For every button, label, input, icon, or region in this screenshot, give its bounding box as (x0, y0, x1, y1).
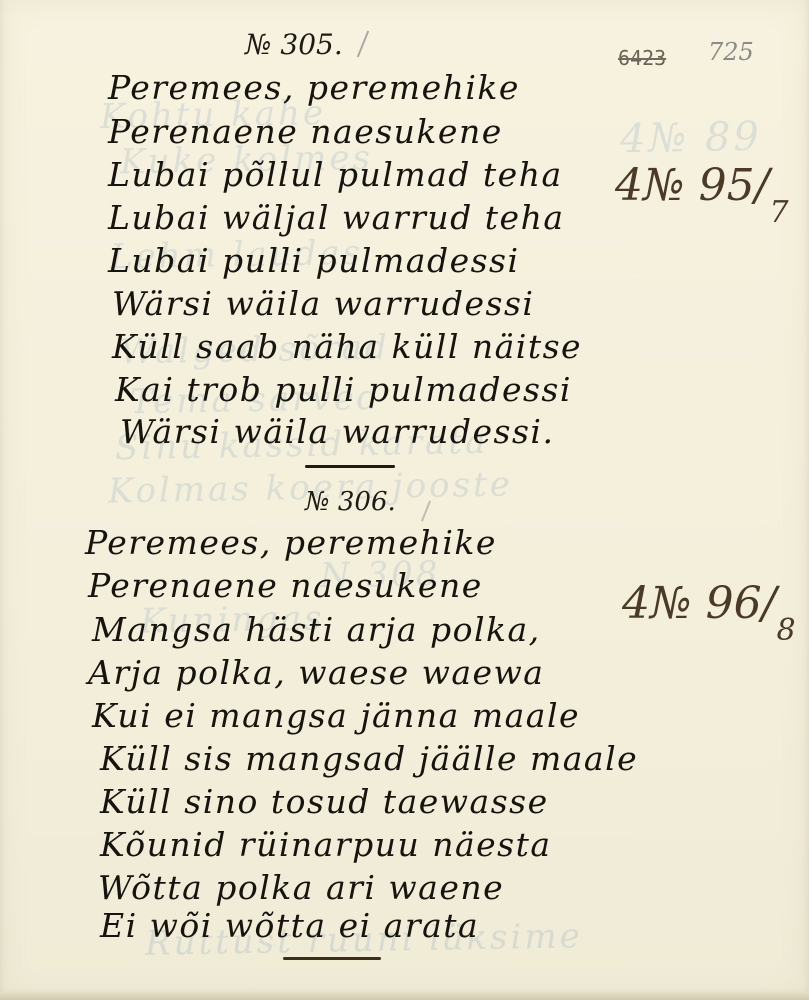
verse-line: Küll saab näha küll näitse (112, 327, 582, 366)
verse-line: Lubai wäljal warrud teha (108, 198, 565, 237)
verse-line: Lubai pulli pulmadessi (108, 241, 520, 280)
verse-line: Wärsi wäila warrudessi (112, 284, 534, 323)
verse-line: Perenaene naesukene (88, 566, 483, 605)
verse-line: Küll sino tosud taewasse (100, 782, 549, 821)
archive-number-pencil: 725 (708, 38, 754, 66)
song-number-heading: № 305. (245, 28, 343, 61)
verse-line: Lubai põllul pulmad teha (108, 155, 563, 194)
verse-line: Arja polka, waese waewa (88, 653, 544, 692)
margin-reference: 4№ 95/7 (615, 160, 789, 211)
verse-line: Kui ei mangsa jänna maale (92, 696, 580, 735)
margin-ref-main: № 96 (650, 578, 762, 629)
margin-ref-sub: 7 (769, 195, 788, 230)
verse-line: Peremees, peremehike (85, 523, 497, 562)
verse-line: Mangsa hästi arja polka, (92, 610, 541, 649)
margin-reference: 4№ 96/8 (622, 578, 796, 629)
check-mark-icon (357, 31, 369, 58)
song-number-heading: № 306. (305, 487, 396, 517)
page-edge (0, 992, 809, 1000)
verse-line: Wõtta polka ari waene (98, 868, 504, 907)
verse-line: Kõunid rüinarpuu näesta (100, 825, 552, 864)
verse-line: Peremees, peremehike (108, 68, 520, 107)
verse-line: Kai trob pulli pulmadessi (115, 370, 572, 409)
section-divider (305, 465, 395, 468)
verse-line: Ei wõi wõtta ei arata (100, 906, 479, 945)
margin-ref-prefix: 4 (622, 578, 650, 629)
margin-ref-sub: 8 (776, 613, 795, 648)
archive-number-struck: 6423 (618, 46, 666, 70)
verse-line: Perenaene naesukene (108, 112, 503, 151)
margin-ref-prefix: 4 (615, 160, 643, 211)
manuscript-page: Kohtu kahe Kuke kolmes Lehm laudas Walge… (0, 0, 809, 1000)
section-divider (283, 957, 381, 960)
bleed-through-margin-ref: 4№ 89 (620, 114, 763, 162)
verse-line: Wärsi wäila warrudessi. (120, 412, 554, 451)
verse-line: Küll sis mangsad jäälle maale (100, 739, 638, 778)
margin-ref-main: № 95 (643, 160, 755, 211)
